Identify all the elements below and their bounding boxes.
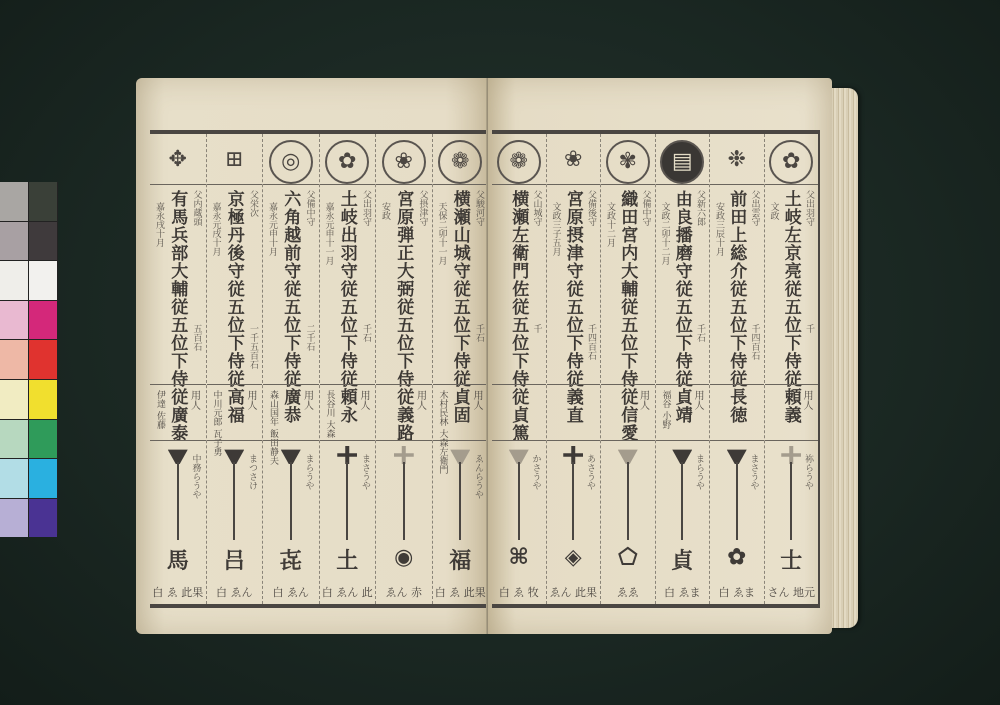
directory-entry: ❀ 父摂津守 宮原弾正大弼従五位下侍従義路 安政 用人 ◉ ゑん 赤 [375,134,432,604]
stipend: 千四百石 [585,324,598,360]
stipend: 千 [803,324,816,333]
left-page: ❁ 父駿河守 横瀬山城守従五位下侍従貞固 天保二卯十一月 千石 用人 木村民林 … [136,78,488,634]
footer-note: ゑゑ [617,584,639,600]
crest-divider [492,184,546,185]
spear-note: まらうや [693,454,706,490]
spear-standard-icon [450,446,470,541]
directory-entry: ✿ 父出羽守 土岐出羽守従五位下侍従頼永 嘉永元申十一月 千石 用人 長谷川 大… [319,134,376,604]
horse-mark-icon: ⌘ [509,544,529,570]
father-title: 父山城守 [531,190,544,226]
spear-standard-icon [168,446,188,541]
color-chip [0,459,28,498]
father-title: 父出羽守 [360,190,373,226]
section-divider [547,440,601,441]
lord-name-title: 前田上総介従五位下侍従長徳 [724,190,749,424]
family-crest-icon: ▤ [660,140,704,184]
family-crest-icon: ⊞ [214,140,254,180]
section-divider [263,440,319,441]
section-divider [150,384,206,385]
left-page-columns: ❁ 父駿河守 横瀬山城守従五位下侍従貞固 天保二卯十一月 千石 用人 木村民林 … [150,134,488,604]
retainer-names: 伊達 佐藤 [154,390,167,429]
section-divider [433,440,489,441]
color-chip [0,420,28,459]
section-divider [601,384,655,385]
directory-entry: ❁ 父山城守 横瀬左衛門佐従五位下侍従貞篤 千 かさうや ⌘ 白 ゑ 牧 [492,134,546,604]
section-divider [433,384,489,385]
stipend: 二千石 [304,324,317,351]
color-chip [0,340,28,379]
color-chip [29,459,57,498]
succession-date: 天保二卯十一月 [436,202,449,265]
crest-divider [376,184,432,185]
succession-date: 安政三辰十月 [713,202,726,256]
footer-note: 白 ゑ 牧 [499,584,539,600]
spear-standard-icon [224,446,244,541]
directory-entry: ✾ 父備中守 織田宮内大輔従五位下侍従信愛 文政十二月 用人 ⬠ ゑゑ [600,134,655,604]
family-crest-icon: ✿ [769,140,813,184]
color-chip [29,222,57,261]
horse-mark-icon: 土 [336,544,358,575]
section-divider [547,384,601,385]
color-chip [29,380,57,419]
section-divider [376,440,432,441]
spear-note: ゑんらうや [472,454,485,499]
directory-entry: ▤ 父新六郎 由良播磨守従五位下侍従貞靖 文政二卯十二月 千石 用人 福谷 小野… [655,134,710,604]
spear-standard-icon [337,446,357,541]
color-chip [0,222,28,261]
family-crest-icon: ❁ [438,140,482,184]
father-title: 父新六郎 [694,190,707,226]
section-divider [207,440,263,441]
color-calibration-chart [0,182,58,534]
horse-mark-icon: ◈ [565,544,582,570]
father-title: 父摂津守 [417,190,430,226]
family-crest-icon: ❁ [497,140,541,184]
retainer-label: 用人 [187,390,202,410]
section-divider [207,384,263,385]
directory-entry: ❀ 父備後守 宮原摂津守従五位下侍従義直 文政三子五月 千四百石 あさうや ◈ … [546,134,601,604]
crest-divider [263,184,319,185]
horse-mark-icon: 吕 [223,544,245,575]
color-chip [0,380,28,419]
directory-entry: ✥ 父内蔵頭 有馬兵部大輔従五位下侍従廣泰 嘉永戌十月 五百石 用人 伊達 佐藤… [150,134,206,604]
succession-date: 嘉永戌十月 [153,202,166,247]
retainer-names: 中川元郎 瓦子勇 [211,390,224,456]
family-crest-icon: ◎ [269,140,313,184]
horse-mark-icon: 㐂 [280,544,302,575]
directory-entry: ❉ 父出雲守 前田上総介従五位下侍従長徳 安政三辰十月 千四百石 まさうや ✿ … [709,134,764,604]
color-chip [29,499,57,538]
section-divider [492,440,546,441]
stipend: 一千五百石 [247,324,260,369]
spear-standard-icon [563,446,583,541]
retainer-label: 用人 [690,390,705,410]
right-page-columns: ✿ 父出羽守 土岐左京亮従五位下侍従頼義 文政 千 用人 袮らうや 士 さん 地… [492,134,818,604]
retainer-names: 木村民林 大森左衛門 [437,390,450,474]
lord-name-title: 横瀬山城守従五位下侍従貞固 [448,190,473,424]
crest-divider [150,184,206,185]
retainer-names: 森山国年 飯田静夫 [267,390,280,465]
retainer-label: 用人 [636,390,651,410]
stipend: 千石 [694,324,707,342]
horse-mark-icon: 士 [780,544,802,575]
father-title: 父出雲守 [749,190,762,226]
color-chip [29,340,57,379]
footer-note: 白 ゑん 此 [322,584,373,600]
footer-note: 白 ゑん [273,584,310,600]
footer-note: 白 ゑ 此果 [435,584,486,600]
father-title: 父備中守 [640,190,653,226]
section-divider [150,440,206,441]
spear-note: まさうや [359,454,372,490]
father-title: 父備後守 [585,190,598,226]
family-crest-icon: ✿ [325,140,369,184]
footer-note: 白 ゑん [216,584,253,600]
lord-name-title: 六角越前守従五位下侍従廣恭 [278,190,303,424]
retainer-label: 用人 [243,390,258,410]
directory-entry: ❁ 父駿河守 横瀬山城守従五位下侍従貞固 天保二卯十一月 千石 用人 木村民林 … [432,134,489,604]
succession-date: 嘉永元申十月 [266,202,279,256]
section-divider [656,440,710,441]
crest-divider [710,184,764,185]
directory-entry: ◎ 父備中守 六角越前守従五位下侍従廣恭 嘉永元申十月 二千石 用人 森山国年 … [262,134,319,604]
lord-name-title: 由良播磨守従五位下侍従貞靖 [670,190,695,424]
crest-divider [207,184,263,185]
lord-name-title: 京極丹後守従五位下侍従高福 [222,190,247,424]
section-divider [320,384,376,385]
retainer-label: 用人 [469,390,484,410]
color-chip [0,499,28,538]
section-divider [710,384,764,385]
right-page-frame: ✿ 父出羽守 土岐左京亮従五位下侍従頼義 文政 千 用人 袮らうや 士 さん 地… [492,130,820,608]
section-divider [263,384,319,385]
retainer-label: 用人 [300,390,315,410]
section-divider [601,440,655,441]
stipend: 千 [531,324,544,333]
horse-mark-icon: 馬 [167,544,189,575]
section-divider [765,440,819,441]
crest-divider [765,184,819,185]
succession-date: 嘉永元戌十月 [210,202,223,256]
family-crest-icon: ❀ [553,140,593,180]
section-divider [320,440,376,441]
horse-mark-icon: ◉ [394,544,413,570]
succession-date: 文政二卯十二月 [659,202,672,265]
footer-note: 白 ゑま [719,584,756,600]
spear-standard-icon [672,446,692,541]
lord-name-title: 宮原摂津守従五位下侍従義直 [561,190,586,424]
section-divider [376,384,432,385]
lord-name-title: 土岐左京亮従五位下侍従頼義 [779,190,804,424]
spear-standard-icon [509,446,529,541]
father-title: 父内蔵頭 [191,190,204,226]
spear-note: まつさけ [246,454,259,490]
father-title: 父栄次 [247,190,260,217]
horse-mark-icon: 貞 [671,544,693,575]
spear-note: まらうや [303,454,316,490]
left-page-frame: ❁ 父駿河守 横瀬山城守従五位下侍従貞固 天保二卯十一月 千石 用人 木村民林 … [150,130,488,608]
color-chip [0,261,28,300]
crest-divider [433,184,489,185]
section-divider [765,384,819,385]
color-chip [29,420,57,459]
spear-note: 中務らうや [190,454,203,499]
succession-date: 文政十二月 [604,202,617,247]
father-title: 父備中守 [304,190,317,226]
color-chip [29,301,57,340]
color-chip [29,261,57,300]
crest-divider [601,184,655,185]
succession-date: 文政三子五月 [550,202,563,256]
spear-standard-icon [281,446,301,541]
directory-entry: ✿ 父出羽守 土岐左京亮従五位下侍従頼義 文政 千 用人 袮らうや 士 さん 地… [764,134,819,604]
family-crest-icon: ❉ [717,140,757,180]
spear-note: かさうや [530,454,543,490]
spear-note: 袮らうや [802,454,815,490]
spear-note: まさうや [748,454,761,490]
succession-date: 安政 [379,202,392,220]
footer-note: ゑん 此果 [550,584,598,600]
footer-note: 白 ゑ 此果 [152,584,203,600]
family-crest-icon: ✾ [606,140,650,184]
section-divider [656,384,710,385]
footer-note: 白 ゑま [664,584,701,600]
horse-mark-icon: ✿ [728,544,746,570]
succession-date: 文政 [768,202,781,220]
footer-note: さん 地元 [768,584,816,600]
lord-name-title: 土岐出羽守従五位下侍従頼永 [335,190,360,424]
father-title: 父出羽守 [803,190,816,226]
open-book: ❁ 父駿河守 横瀬山城守従五位下侍従貞固 天保二卯十一月 千石 用人 木村民林 … [136,78,858,634]
color-chip [0,182,28,221]
father-title: 父駿河守 [473,190,486,226]
family-crest-icon: ❀ [382,140,426,184]
right-page: ✿ 父出羽守 土岐左京亮従五位下侍従頼義 文政 千 用人 袮らうや 士 さん 地… [488,78,832,634]
retainer-names: 福谷 小野 [660,390,673,429]
lord-name-title: 横瀬左衛門佐従五位下侍従貞篤 [506,190,531,442]
retainer-label: 用人 [799,390,814,410]
stipend: 千石 [473,324,486,342]
spear-standard-icon [781,446,801,541]
horse-mark-icon: ⬠ [618,544,637,570]
horse-mark-icon: 福 [449,544,471,575]
stipend: 千石 [360,324,373,342]
spear-standard-icon [727,446,747,541]
spear-standard-icon [618,446,638,541]
stipend: 五百石 [191,324,204,351]
crest-divider [547,184,601,185]
stipend: 千四百石 [749,324,762,360]
section-divider [710,440,764,441]
succession-date: 嘉永元申十一月 [323,202,336,265]
directory-entry: ⊞ 父栄次 京極丹後守従五位下侍従高福 嘉永元戌十月 一千五百石 用人 中川元郎… [206,134,263,604]
crest-divider [656,184,710,185]
retainer-label: 用人 [413,390,428,410]
section-divider [492,384,546,385]
footer-note: ゑん 赤 [386,584,423,600]
crest-divider [320,184,376,185]
color-chip [29,182,57,221]
retainer-label: 用人 [356,390,371,410]
spear-note: あさうや [584,454,597,490]
spear-standard-icon [394,446,414,541]
color-chip [0,301,28,340]
family-crest-icon: ✥ [158,140,198,180]
retainer-names: 長谷川 大森 [324,390,337,438]
